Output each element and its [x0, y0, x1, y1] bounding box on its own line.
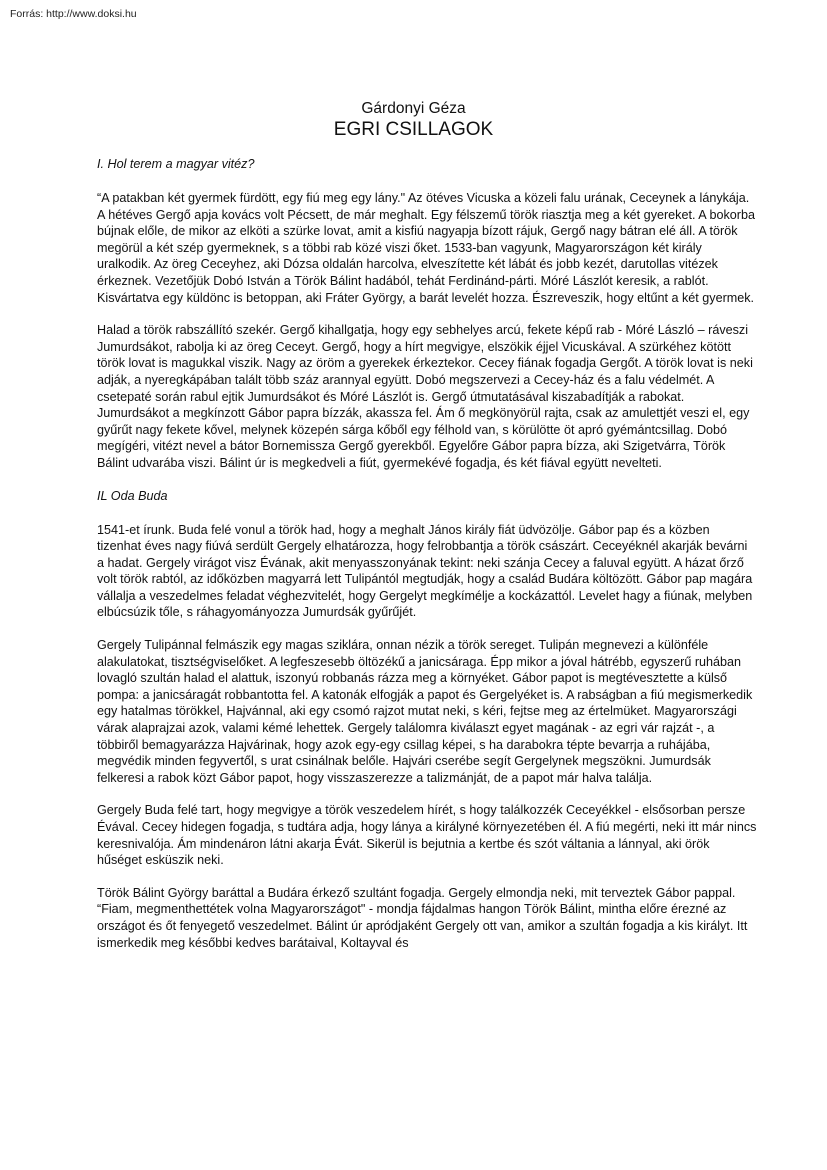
author-name: Gárdonyi Géza	[0, 99, 827, 118]
chapter-heading: I. Hol terem a magyar vitéz?	[97, 156, 757, 173]
chapter-1: I. Hol terem a magyar vitéz? “A patakban…	[97, 156, 757, 472]
chapter-heading: IL Oda Buda	[97, 488, 757, 505]
document-body: I. Hol terem a magyar vitéz? “A patakban…	[97, 156, 757, 967]
source-attribution: Forrás: http://www.doksi.hu	[10, 8, 137, 20]
paragraph: Halad a török rabszállító szekér. Gergő …	[97, 322, 757, 471]
book-title: EGRI CSILLAGOK	[0, 119, 827, 141]
paragraph: Török Bálint György baráttal a Budára ér…	[97, 885, 757, 951]
paragraph: Gergely Tulipánnal felmászik egy magas s…	[97, 637, 757, 786]
paragraph: “A patakban két gyermek fürdött, egy fiú…	[97, 190, 757, 306]
chapter-2: IL Oda Buda 1541-et írunk. Buda felé von…	[97, 488, 757, 952]
paragraph: Gergely Buda felé tart, hogy megvigye a …	[97, 802, 757, 868]
title-block: Gárdonyi Géza EGRI CSILLAGOK	[0, 99, 827, 141]
paragraph: 1541-et írunk. Buda felé vonul a török h…	[97, 522, 757, 622]
